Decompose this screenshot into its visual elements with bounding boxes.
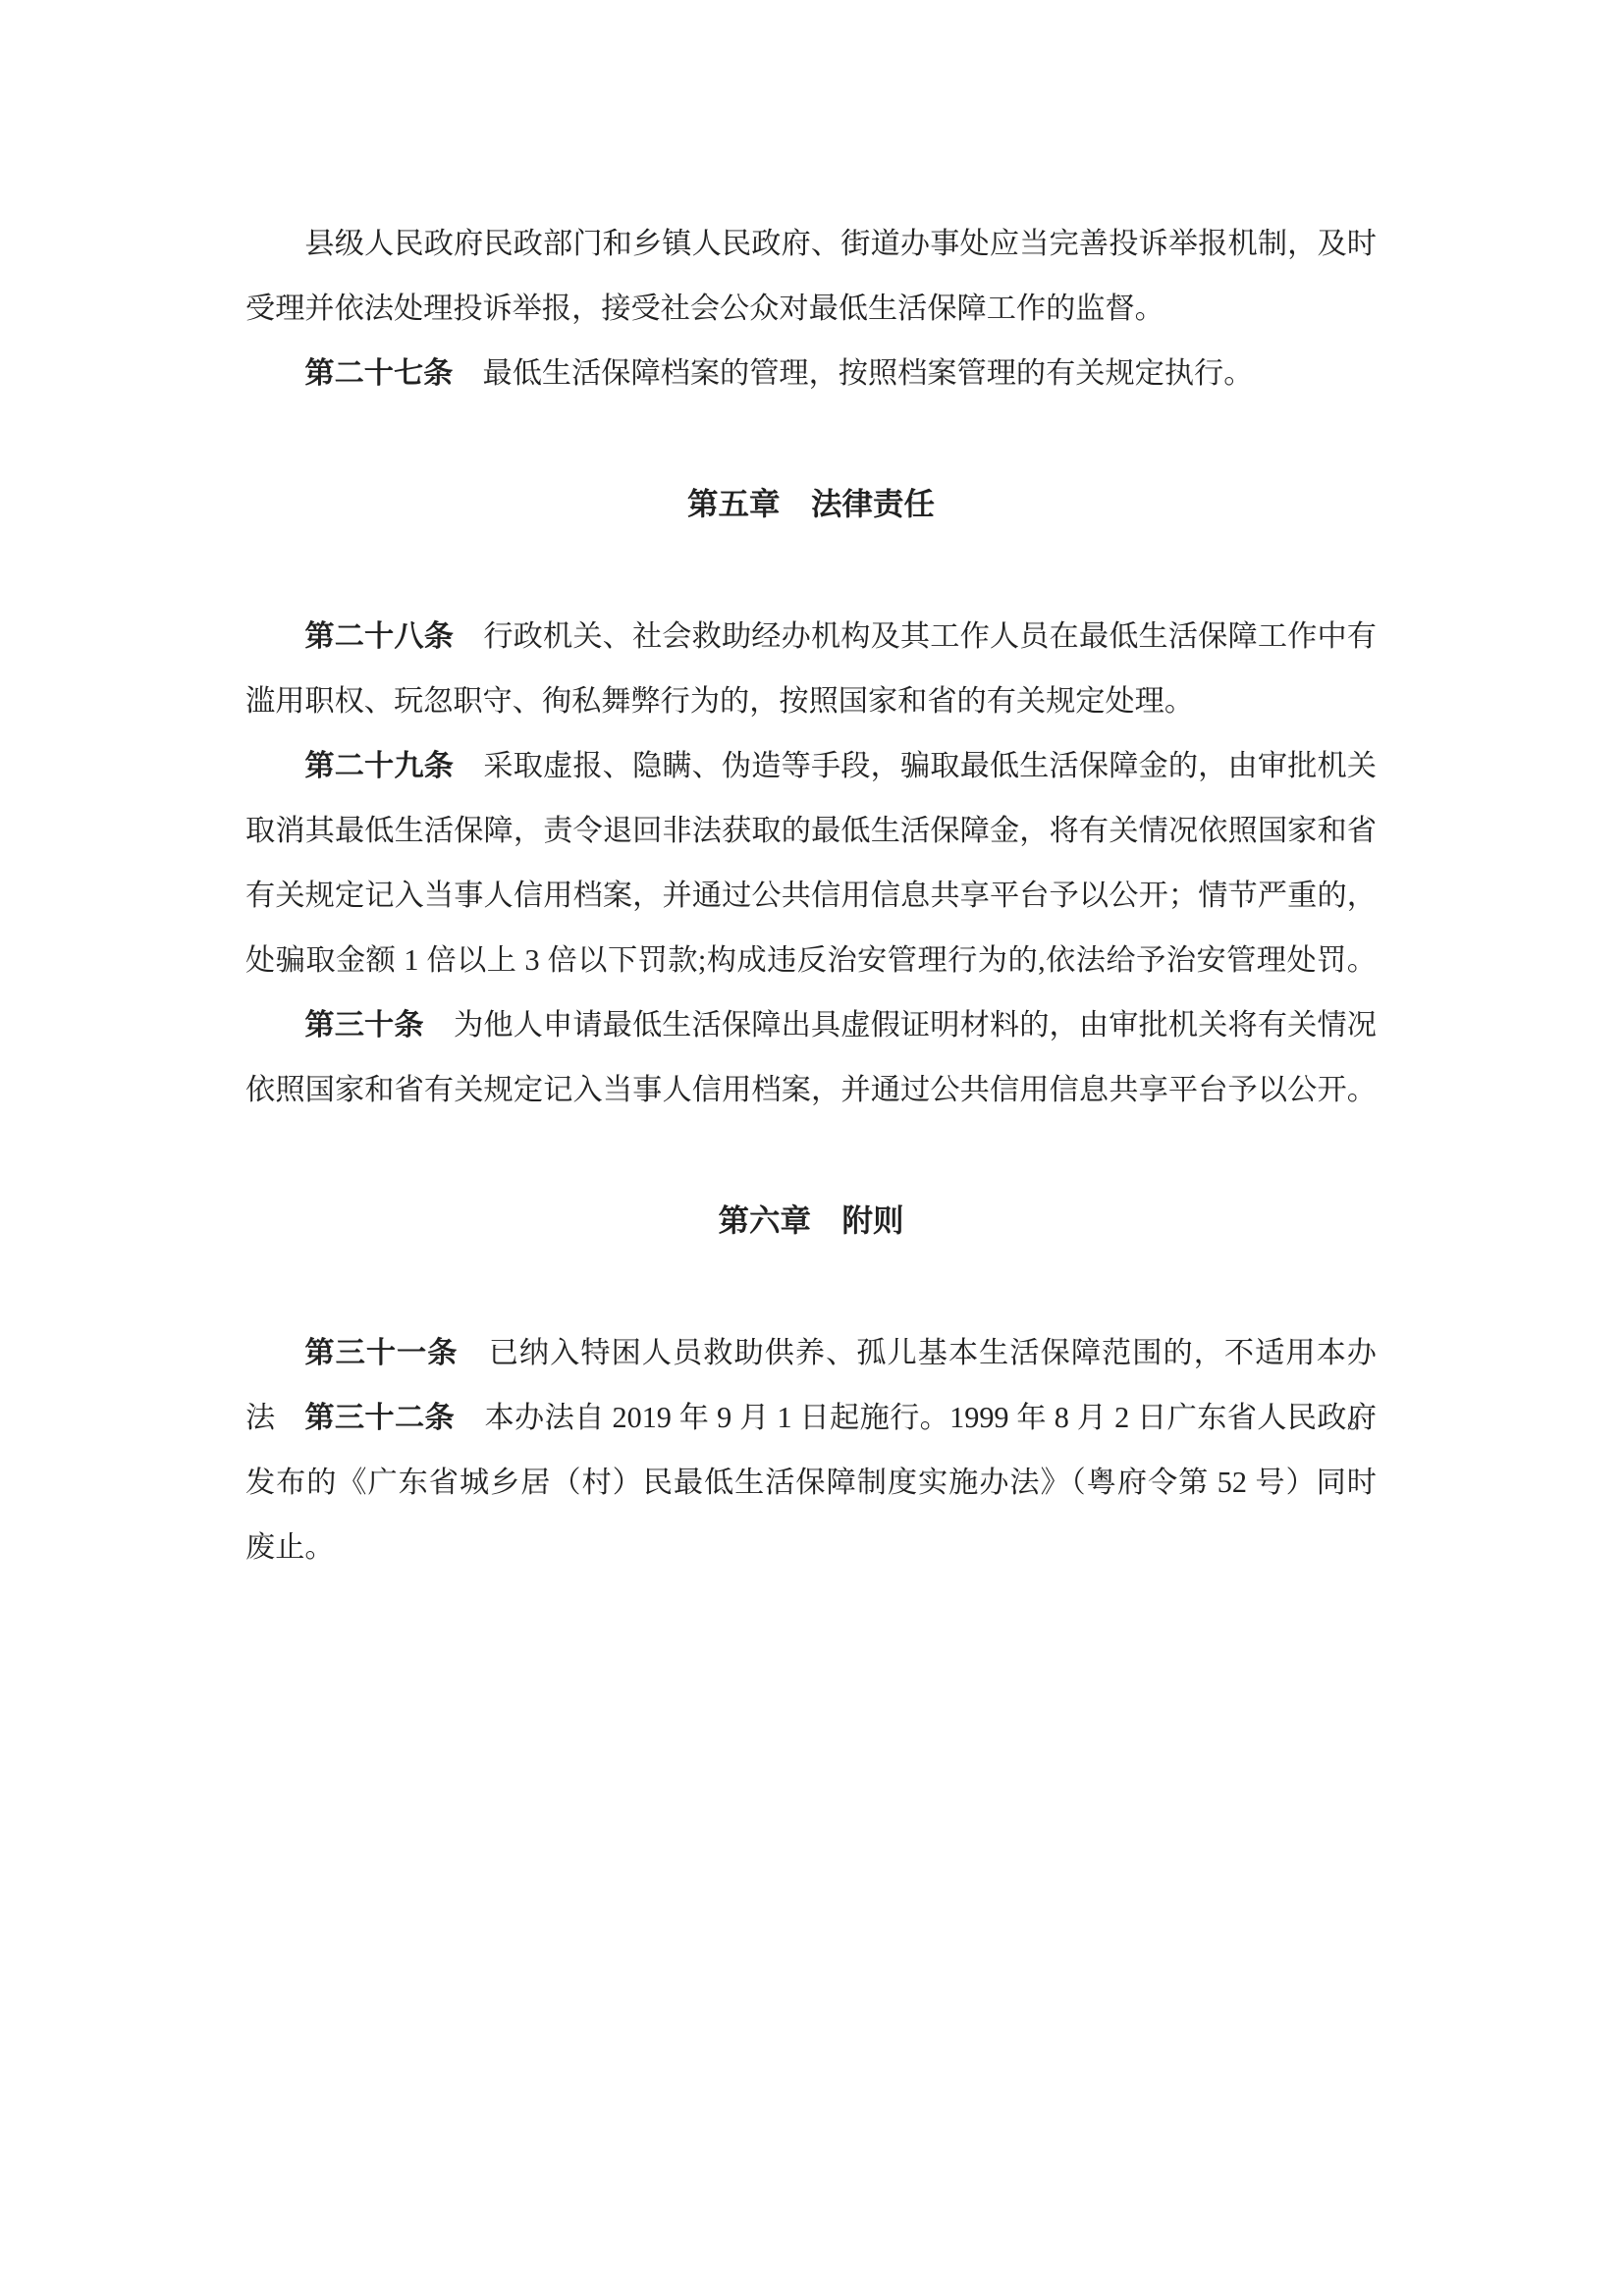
article-paragraph: 第二十九条 采取虚报、隐瞒、伪造等手段，骗取最低生活保障金的，由审批机关取消其最… [245,733,1377,992]
paragraph-line: 依照国家和省有关规定记入当事人信用档案，并通过公共信用信息共享平台予以公开。 [245,1057,1377,1122]
article-number: 第三十二条 [304,1401,455,1434]
chapter-heading: 第六章 附则 [245,1189,1377,1254]
article-paragraph: 第三十一条 已纳入特困人员救助供养、孤儿基本生活保障范围的，不适用本办法。 [245,1320,1377,1385]
paragraph-line: 有关规定记入当事人信用档案，并通过公共信用信息共享平台予以公开；情节严重的， [245,863,1377,928]
paragraph-line: 取消其最低生活保障，责令退回非法获取的最低生活保障金，将有关情况依照国家和省 [245,798,1377,863]
paragraph-line: 第三十条 为他人申请最低生活保障出具虚假证明材料的，由审批机关将有关情况 [245,992,1377,1057]
article-paragraph: 县级人民政府民政部门和乡镇人民政府、街道办事处应当完善投诉举报机制，及时受理并依… [245,211,1377,341]
line-text: 取消其最低生活保障，责令退回非法获取的最低生活保障金，将有关情况依照国家和省 [245,814,1377,847]
paragraph-line: 县级人民政府民政部门和乡镇人民政府、街道办事处应当完善投诉举报机制，及时 [245,211,1377,276]
paragraph-line: 发布的《广东省城乡居（村）民最低生活保障制度实施办法》（粤府令第 52 号）同时 [245,1450,1377,1515]
paragraph-line: 受理并依法处理投诉举报，接受社会公众对最低生活保障工作的监督。 [245,276,1377,341]
line-text: 县级人民政府民政部门和乡镇人民政府、街道办事处应当完善投诉举报机制，及时 [304,227,1377,260]
paragraph-line: 第二十八条 行政机关、社会救助经办机构及其工作人员在最低生活保障工作中有 [245,604,1377,668]
paragraph-line: 第三十一条 已纳入特困人员救助供养、孤儿基本生活保障范围的，不适用本办法。 [245,1320,1377,1385]
paragraph-line: 第二十九条 采取虚报、隐瞒、伪造等手段，骗取最低生活保障金的，由审批机关 [245,733,1377,798]
chapter-heading: 第五章 法律责任 [245,472,1377,537]
article-number: 第三十一条 [304,1336,458,1369]
line-text: 依照国家和省有关规定记入当事人信用档案，并通过公共信用信息共享平台予以公开。 [245,1073,1377,1106]
line-text: 采取虚报、隐瞒、伪造等手段，骗取最低生活保障金的，由审批机关 [454,749,1377,782]
paragraph-line: 废止。 [245,1515,1377,1579]
line-text: 本办法自 2019 年 9 月 1 日起施行。1999 年 8 月 2 日广东省… [455,1401,1377,1434]
document-page: 县级人民政府民政部门和乡镇人民政府、街道办事处应当完善投诉举报机制，及时受理并依… [0,0,1624,2296]
paragraph-line: 滥用职权、玩忽职守、徇私舞弊行为的，按照国家和省的有关规定处理。 [245,668,1377,733]
paragraph-line: 第二十七条 最低生活保障档案的管理，按照档案管理的有关规定执行。 [245,341,1377,405]
paragraph-line: 处骗取金额 1 倍以上 3 倍以下罚款;构成违反治安管理行为的,依法给予治安管理… [245,928,1377,992]
line-text: 废止。 [245,1530,335,1564]
article-paragraph: 第二十七条 最低生活保障档案的管理，按照档案管理的有关规定执行。 [245,341,1377,405]
line-text: 发布的《广东省城乡居（村）民最低生活保障制度实施办法》（粤府令第 52 号）同时 [245,1466,1377,1499]
article-paragraph: 第二十八条 行政机关、社会救助经办机构及其工作人员在最低生活保障工作中有滥用职权… [245,604,1377,733]
line-text: 最低生活保障档案的管理，按照档案管理的有关规定执行。 [453,356,1253,390]
line-text: 为他人申请最低生活保障出具虚假证明材料的，由审批机关将有关情况 [424,1008,1377,1041]
paragraph-line: 第三十二条 本办法自 2019 年 9 月 1 日起施行。1999 年 8 月 … [245,1385,1377,1450]
line-text: 受理并依法处理投诉举报，接受社会公众对最低生活保障工作的监督。 [245,292,1164,325]
line-text: 处骗取金额 1 倍以上 3 倍以下罚款;构成违反治安管理行为的,依法给予治安管理… [245,943,1377,977]
article-paragraph: 第三十二条 本办法自 2019 年 9 月 1 日起施行。1999 年 8 月 … [245,1385,1377,1579]
article-number: 第三十条 [304,1008,423,1041]
line-text: 有关规定记入当事人信用档案，并通过公共信用信息共享平台予以公开；情节严重的， [245,879,1377,912]
article-number: 第二十九条 [304,749,454,782]
article-number: 第二十八条 [304,619,454,653]
line-text: 滥用职权、玩忽职守、徇私舞弊行为的，按照国家和省的有关规定处理。 [245,684,1194,718]
article-number: 第二十七条 [304,356,453,390]
article-paragraph: 第三十条 为他人申请最低生活保障出具虚假证明材料的，由审批机关将有关情况依照国家… [245,992,1377,1122]
document-body: 县级人民政府民政部门和乡镇人民政府、街道办事处应当完善投诉举报机制，及时受理并依… [245,211,1377,1579]
line-text: 行政机关、社会救助经办机构及其工作人员在最低生活保障工作中有 [454,619,1377,653]
